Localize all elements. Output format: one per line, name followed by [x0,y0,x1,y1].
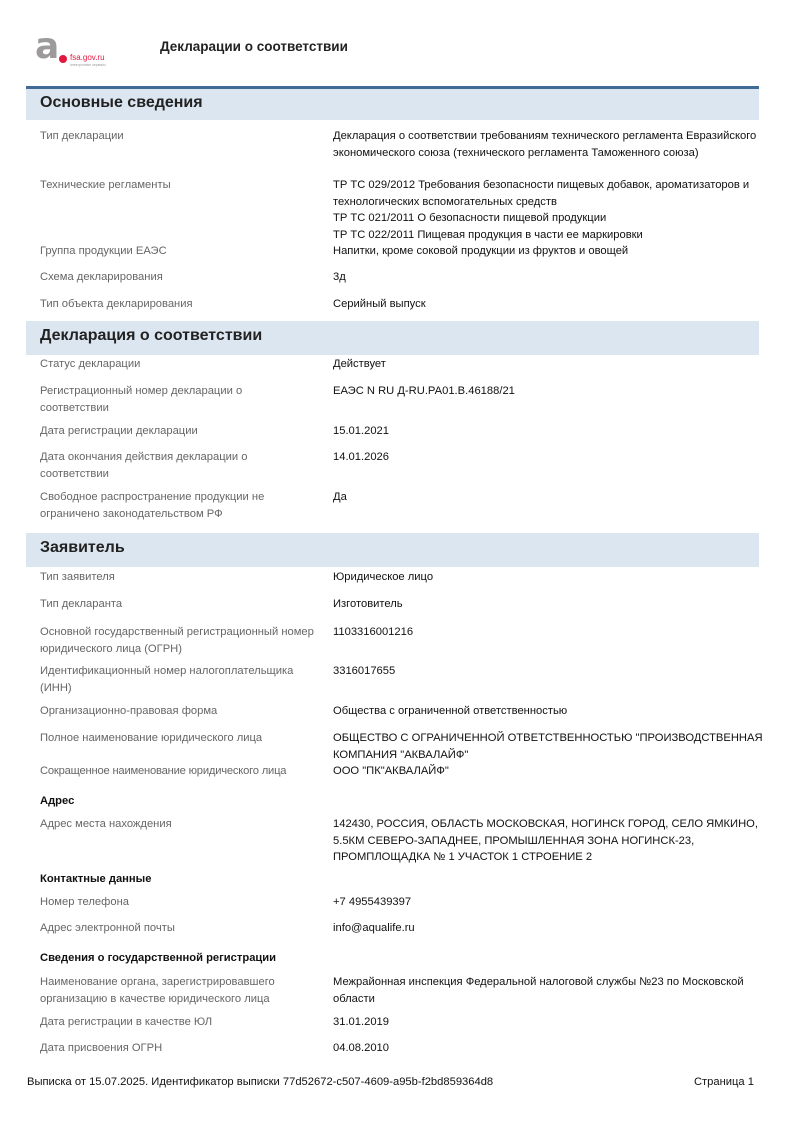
field-value: info@aqualife.ru [333,920,763,937]
field-label: Дата регистрации декларации [40,423,325,440]
field-value: 31.01.2019 [333,1014,763,1031]
field-label: Дата окончания действия декларации о соо… [40,449,280,482]
field-value: Изготовитель [333,596,763,613]
page-header: a fsa.gov.ru электронные сервисы Деклара… [0,0,793,80]
field-label: Регистрационный номер декларации о соотв… [40,383,280,416]
logo-site: fsa.gov.ru [70,53,105,63]
field-value: 1103316001216 [333,624,763,641]
field-label: Номер телефона [40,894,325,911]
field-label: Тип объекта декларирования [40,296,325,313]
fsa-logo: a fsa.gov.ru электронные сервисы [33,33,143,73]
field-label: Свободное распространение продукции не о… [40,489,300,522]
field-label: Тип декларации [40,128,325,145]
field-label: Адрес места нахождения [40,816,325,833]
field-label: Сокращенное наименование юридического ли… [40,763,335,780]
fsa-logo-icon: a [35,29,59,65]
logo-subtitle: электронные сервисы [70,63,106,68]
field-value: Общества с ограниченной ответственностью [333,703,763,720]
field-label: Полное наименование юридического лица [40,730,325,747]
field-label: Группа продукции ЕАЭС [40,243,325,260]
subsection-contacts-title: Контактные данные [40,873,151,885]
field-value: Декларация о соответствии требованиям те… [333,128,763,161]
field-label: Адрес электронной почты [40,920,325,937]
field-value: Межрайонная инспекция Федеральной налого… [333,974,763,1007]
field-value: 3316017655 [333,663,763,680]
extract-info: Выписка от 15.07.2025. Идентификатор вып… [27,1076,493,1088]
field-label: Тип декларанта [40,596,325,613]
section-title: Декларация о соответствии [40,327,262,345]
section-title: Заявитель [40,539,125,557]
field-value: Серийный выпуск [333,296,763,313]
field-value: ООО "ПК"АКВАЛАЙФ" [333,763,763,780]
field-label: Схема декларирования [40,269,325,286]
field-label: Статус декларации [40,356,325,373]
field-label: Тип заявителя [40,569,325,586]
page-number: Страница 1 [694,1076,754,1088]
field-value: 142430, РОССИЯ, ОБЛАСТЬ МОСКОВСКАЯ, НОГИ… [333,816,763,866]
field-label: Основной государственный регистрационный… [40,624,325,657]
section-basic-header: Основные сведения [26,86,759,120]
logo-dot-icon [59,55,67,63]
field-label: Организационно-правовая форма [40,703,325,720]
document-title: Декларации о соответствии [160,39,348,54]
field-value: ОБЩЕСТВО С ОГРАНИЧЕННОЙ ОТВЕТСТВЕННОСТЬЮ… [333,730,763,763]
field-value: 04.08.2010 [333,1040,763,1057]
field-label: Дата присвоения ОГРН [40,1040,325,1057]
field-value: 14.01.2026 [333,449,763,466]
field-value: ЕАЭС N RU Д-RU.РА01.В.46188/21 [333,383,763,400]
field-label: Технические регламенты [40,177,325,194]
field-value: Да [333,489,763,506]
field-value: Юридическое лицо [333,569,763,586]
section-applicant-header: Заявитель [26,533,759,567]
field-value: +7 4955439397 [333,894,763,911]
field-label: Идентификационный номер налогоплательщик… [40,663,325,696]
field-value: 15.01.2021 [333,423,763,440]
section-declaration-header: Декларация о соответствии [26,321,759,355]
field-value: Действует [333,356,763,373]
subsection-registration-title: Сведения о государственной регистрации [40,952,276,964]
subsection-address-title: Адрес [40,795,74,807]
field-label: Дата регистрации в качестве ЮЛ [40,1014,325,1031]
page-footer: Выписка от 15.07.2025. Идентификатор вып… [27,1076,754,1088]
section-title: Основные сведения [40,94,203,112]
field-value: ТР ТС 029/2012 Требования безопасности п… [333,177,763,243]
field-value: 3д [333,269,763,286]
field-value: Напитки, кроме соковой продукции из фрук… [333,243,763,260]
field-label: Наименование органа, зарегистрировавшего… [40,974,315,1007]
